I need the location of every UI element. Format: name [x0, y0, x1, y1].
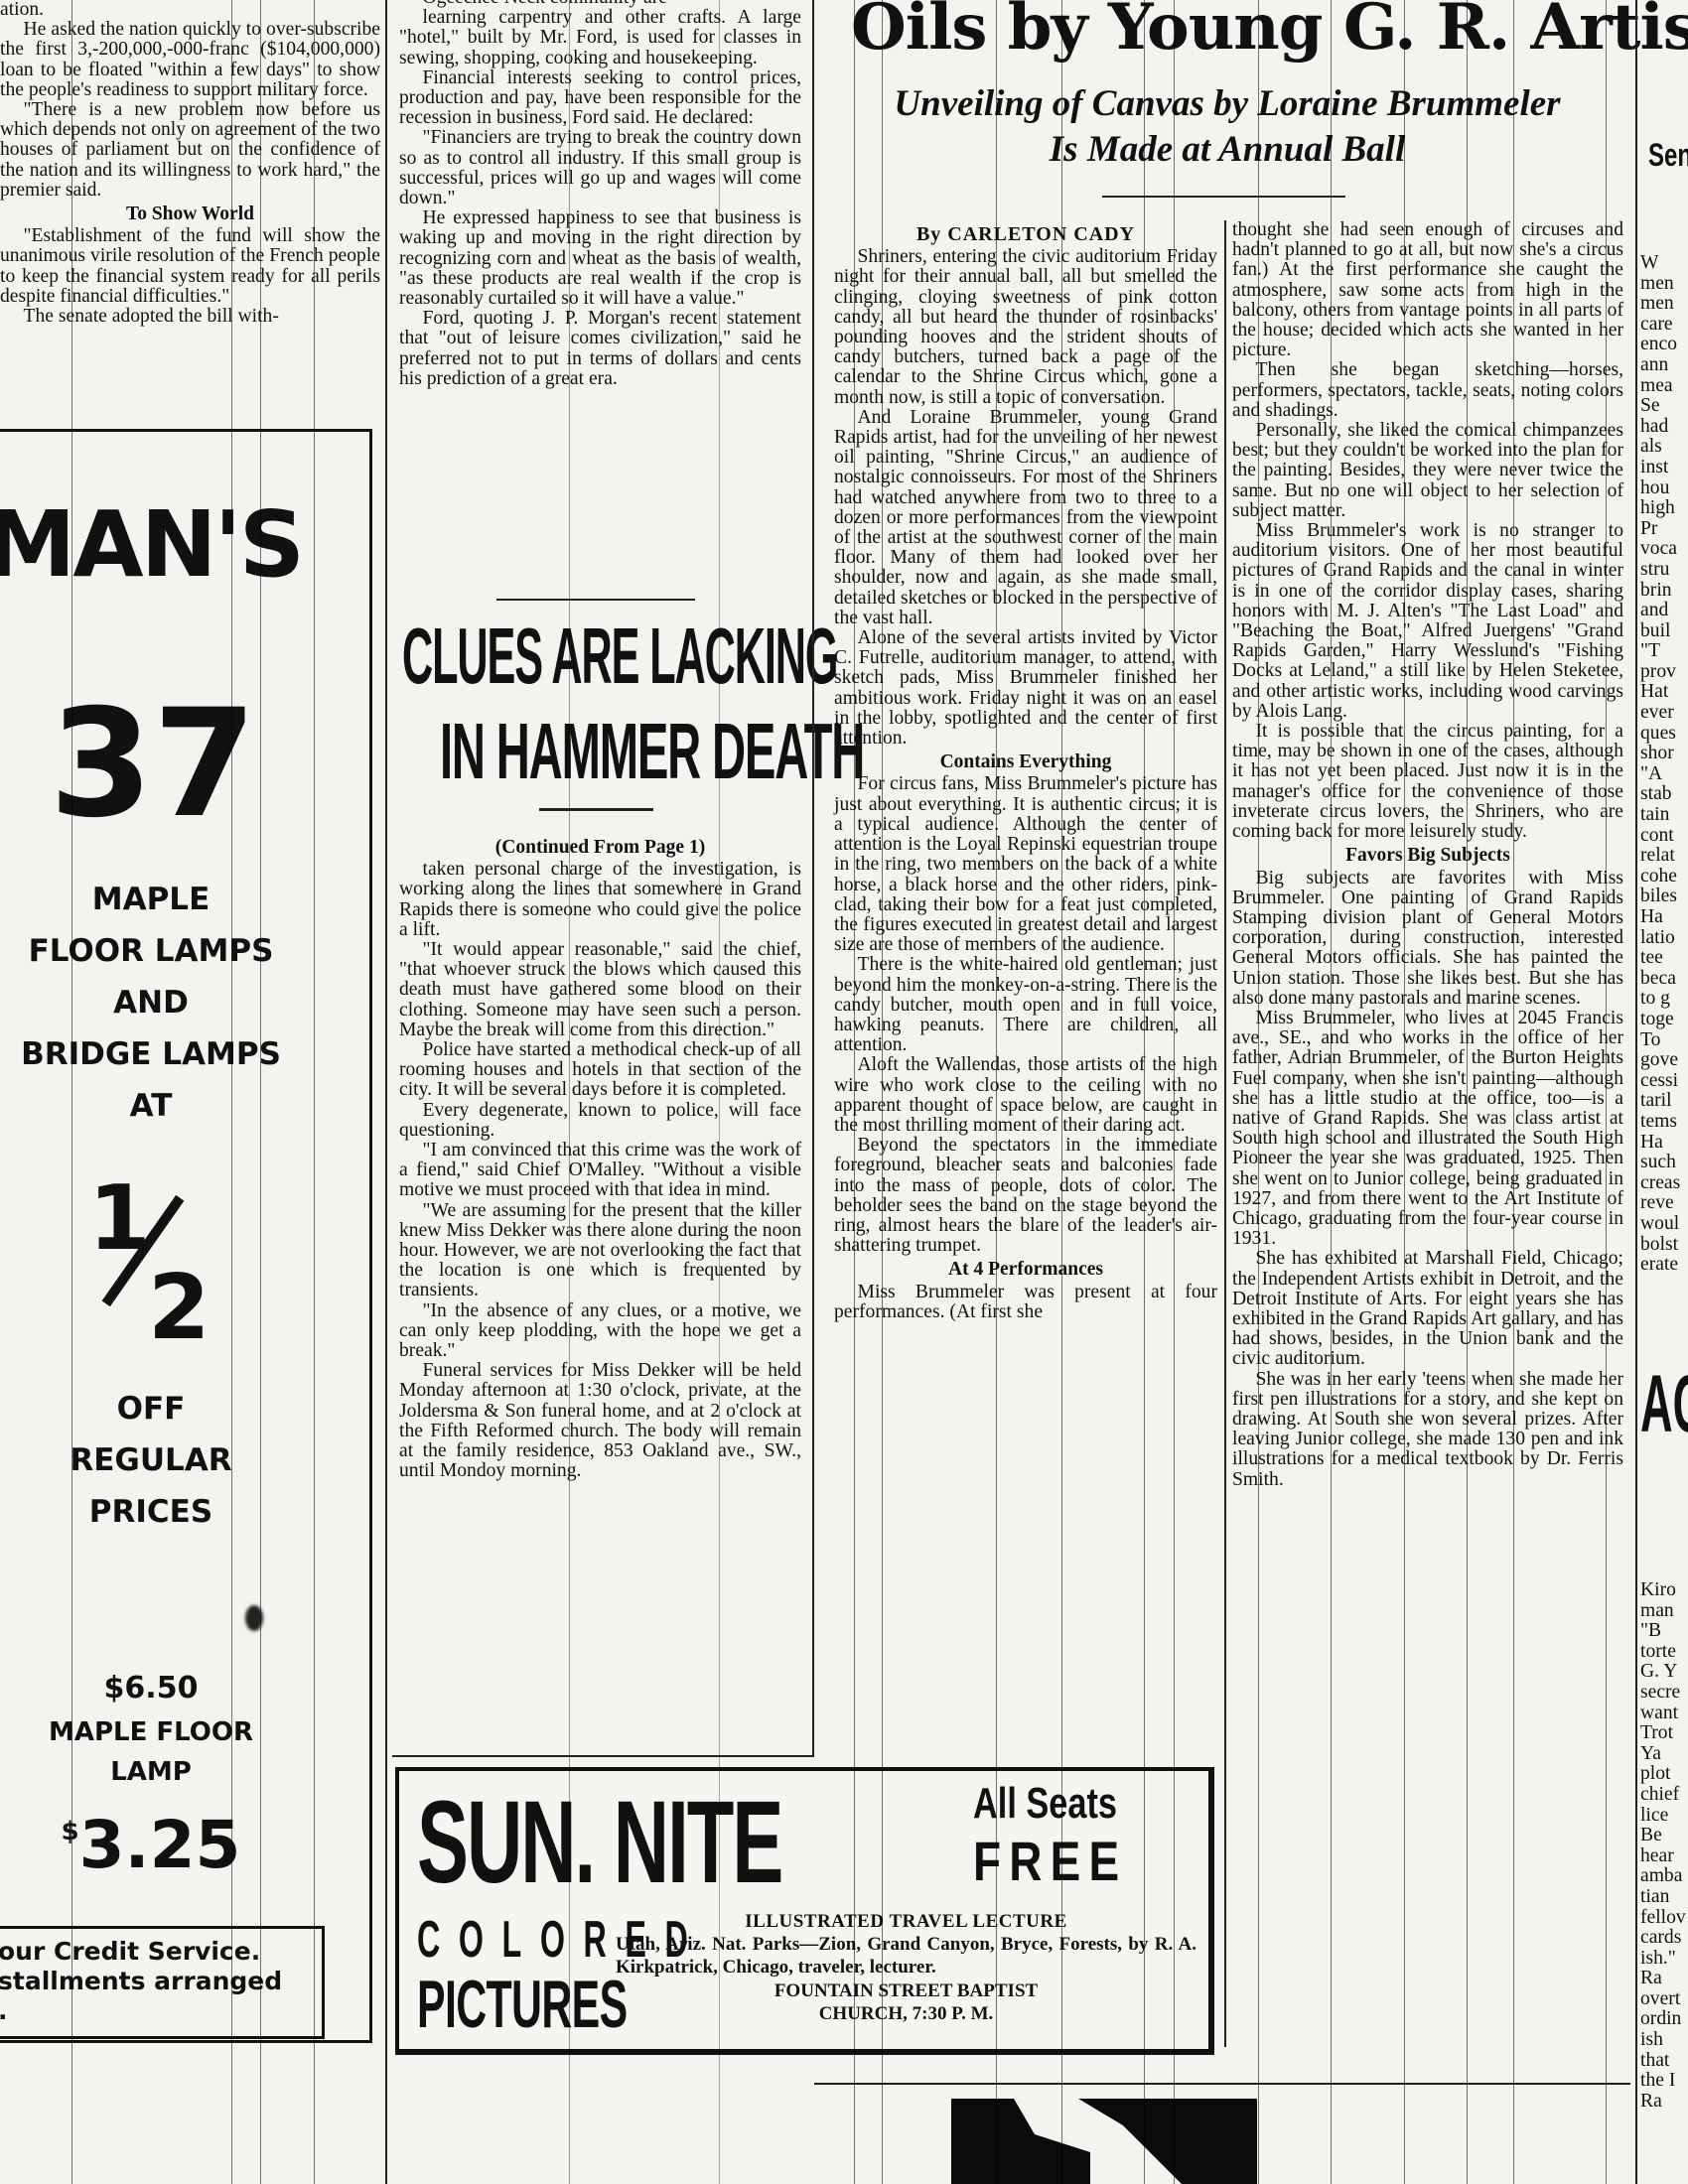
- text-fragment: voca: [1640, 539, 1688, 560]
- section-rule: [1221, 2083, 1630, 2085]
- text-fragment: biles: [1640, 887, 1688, 907]
- paragraph: It is possible that the circus painting,…: [1232, 722, 1623, 842]
- oils-column-b: thought she had seen enough of circuses …: [1232, 220, 1623, 1490]
- column-rule: [1224, 220, 1226, 2047]
- paragraph: Every degenerate, known to police, will …: [399, 1101, 801, 1141]
- text-fragment: tain: [1640, 805, 1688, 826]
- subhead-to-show-world: To Show World: [0, 205, 380, 224]
- text-fragment: ever: [1640, 703, 1688, 724]
- text-fragment: cont: [1640, 826, 1688, 847]
- left-column-text: ation. He asked the nation quickly to ov…: [0, 0, 380, 327]
- paragraph: "Financiers are trying to break the coun…: [399, 128, 801, 208]
- lecture-title: ILLUSTRATED TRAVEL LECTURE: [616, 1910, 1196, 1933]
- text-fragment: hou: [1640, 478, 1688, 499]
- fragment-top: ation.: [0, 0, 380, 20]
- text-fragment: "T: [1640, 641, 1688, 662]
- paragraph: "There is a new problem now before us wh…: [0, 100, 380, 201]
- credit-line: our Credit Service.: [0, 1937, 326, 1967]
- text-fragment: "B: [1640, 1621, 1688, 1642]
- text-fragment: taril: [1640, 1091, 1688, 1112]
- paragraph: "We are assuming for the present that th…: [399, 1201, 801, 1301]
- ad-line: FLOOR LAMPS: [0, 925, 308, 977]
- paragraph: Shriners, entering the civic auditorium …: [834, 247, 1217, 408]
- text-fragment: Trot: [1640, 1723, 1688, 1744]
- paragraph: Miss Brummeler was present at four perfo…: [834, 1283, 1217, 1322]
- paragraph: Personally, she liked the comical chimpa…: [1232, 421, 1623, 521]
- text-fragment: shor: [1640, 744, 1688, 764]
- paragraph: Alone of the several artists invited by …: [834, 628, 1217, 749]
- photo-left: [951, 2099, 1090, 2184]
- text-fragment: overt: [1640, 1989, 1688, 2010]
- text-fragment: creas: [1640, 1173, 1688, 1194]
- paragraph: And Loraine Brummeler, young Grand Rapid…: [834, 408, 1217, 628]
- text-fragment: lice: [1640, 1806, 1688, 1827]
- section-rule: [814, 2083, 1226, 2085]
- text-fragment: men: [1640, 274, 1688, 295]
- text-fragment: men: [1640, 294, 1688, 315]
- column-rule: [812, 0, 814, 1757]
- text-fragment: brin: [1640, 581, 1688, 602]
- text-fragment: buil: [1640, 621, 1688, 642]
- text-fragment: latio: [1640, 928, 1688, 949]
- paragraph: Aloft the Wallendas, those artists of th…: [834, 1055, 1217, 1136]
- text-fragment: plot: [1640, 1764, 1688, 1785]
- text-fragment: Pr: [1640, 519, 1688, 540]
- paragraph: thought she had seen enough of circuses …: [1232, 220, 1623, 360]
- special-old-price: $6.50: [0, 1671, 308, 1706]
- short-rule: [496, 599, 695, 601]
- text-fragment: ques: [1640, 724, 1688, 745]
- lamp-count: 37: [24, 690, 282, 839]
- paragraph: "It would appear reasonable," said the c…: [399, 940, 801, 1040]
- text-fragment: Ha: [1640, 907, 1688, 928]
- text-fragment: amba: [1640, 1866, 1688, 1887]
- oils-headline: Oils by Young G. R. Artist: [851, 0, 1688, 65]
- text-fragment: want: [1640, 1704, 1688, 1724]
- special-price: $3.25: [0, 1797, 308, 1880]
- ad-line: MAPLE FLOOR: [0, 1712, 308, 1752]
- text-fragment: woul: [1640, 1214, 1688, 1235]
- paragraph: Beyond the spectators in the immediate f…: [834, 1136, 1217, 1256]
- text-fragment: such: [1640, 1153, 1688, 1173]
- credit-line: stallments arranged: [0, 1967, 326, 1996]
- right-edge-fragments: WmenmencareencoannmeaSehadalsinsthouhigh…: [1640, 253, 1688, 1276]
- text-fragment: Kiro: [1640, 1580, 1688, 1601]
- ad-line: MAPLE: [0, 874, 308, 925]
- paragraph: Miss Brummeler, who lives at 2045 Franci…: [1232, 1009, 1623, 1249]
- short-rule-2: [539, 808, 653, 811]
- ad-line: AT: [0, 1080, 308, 1132]
- text-fragment: Se: [1640, 396, 1688, 417]
- right-edge-big: AC: [1640, 1358, 1688, 1451]
- venue-line-2: CHURCH, 7:30 P. M.: [616, 2002, 1196, 2025]
- text-fragment: mea: [1640, 376, 1688, 397]
- subhead: Favors Big Subjects: [1232, 846, 1623, 866]
- text-fragment: G. Y: [1640, 1662, 1688, 1683]
- text-fragment: ordin: [1640, 2009, 1688, 2030]
- price-dollar-sign: $: [62, 1817, 79, 1846]
- special-item-lines: MAPLE FLOORLAMP: [0, 1712, 308, 1792]
- hammer-paragraphs: taken personal charge of the investigati…: [399, 860, 801, 1481]
- text-fragment: Ra: [1640, 1969, 1688, 1989]
- store-name: MAN'S: [0, 491, 302, 598]
- paragraph: learning carpentry and other crafts. A l…: [399, 8, 801, 68]
- byline: By CARLETON CADY: [834, 224, 1217, 244]
- paragraph: He expressed happiness to see that busin…: [399, 208, 801, 309]
- ad-line: BRIDGE LAMPS: [0, 1028, 308, 1080]
- lecture-ad: SUN. NITE All Seats FREE COLORED PICTURE…: [395, 1767, 1214, 2055]
- discount-lines: OFFREGULARPRICES: [0, 1383, 308, 1538]
- right-edge-heading: Sen: [1648, 137, 1688, 174]
- text-fragment: reve: [1640, 1193, 1688, 1214]
- text-fragment: bolst: [1640, 1235, 1688, 1256]
- text-fragment: tee: [1640, 948, 1688, 969]
- continued-label: (Continued From Page 1): [399, 838, 801, 858]
- text-fragment: Ya: [1640, 1744, 1688, 1765]
- text-fragment: gove: [1640, 1050, 1688, 1071]
- oils-deck: Unveiling of Canvas by Loraine Brummeler…: [820, 81, 1634, 173]
- pictures-label: PICTURES: [417, 1966, 628, 2043]
- section-rule: [392, 1755, 814, 1757]
- subhead: Contains Everything: [834, 752, 1217, 772]
- all-seats-label: All Seats: [973, 1779, 1117, 1829]
- ford-paragraphs: learning carpentry and other crafts. A l…: [399, 8, 801, 389]
- text-fragment: stru: [1640, 560, 1688, 581]
- subhead: At 4 Performances: [834, 1260, 1217, 1280]
- paragraph: The senate adopted the bill with-: [0, 307, 380, 327]
- text-fragment: hear: [1640, 1846, 1688, 1867]
- text-fragment: prov: [1640, 662, 1688, 683]
- paragraph: Ford, quoting J. P. Morgan's recent stat…: [399, 309, 801, 389]
- text-fragment: cessi: [1640, 1071, 1688, 1092]
- text-fragment: high: [1640, 498, 1688, 519]
- text-fragment: Ra: [1640, 2092, 1688, 2113]
- text-fragment: tian: [1640, 1887, 1688, 1908]
- text-fragment: als: [1640, 437, 1688, 458]
- text-fragment: cohe: [1640, 867, 1688, 887]
- text-fragment: ish.": [1640, 1949, 1688, 1970]
- text-fragment: toge: [1640, 1010, 1688, 1030]
- text-fragment: "A: [1640, 764, 1688, 785]
- lecture-body: Utah, Ariz. Nat. Parks—Zion, Grand Canyo…: [616, 1933, 1196, 1979]
- paragraph: She has exhibited at Marshall Field, Chi…: [1232, 1249, 1623, 1369]
- text-fragment: the I: [1640, 2071, 1688, 2092]
- text-fragment: beca: [1640, 969, 1688, 990]
- column-rule: [385, 0, 387, 2184]
- lecture-details: ILLUSTRATED TRAVEL LECTURE Utah, Ariz. N…: [616, 1910, 1196, 2025]
- paragraph: "In the absence of any clues, or a motiv…: [399, 1301, 801, 1362]
- credit-line: .: [0, 1996, 326, 2026]
- right-edge-fragments-2: Kiroman"BtorteG. YsecrewantTrotYaplotchi…: [1640, 1580, 1688, 2112]
- text-fragment: To: [1640, 1030, 1688, 1051]
- text-fragment: cards: [1640, 1928, 1688, 1949]
- text-fragment: Ha: [1640, 1133, 1688, 1154]
- text-fragment: to g: [1640, 989, 1688, 1010]
- deck-line-2: Is Made at Annual Ball: [820, 127, 1634, 173]
- text-fragment: and: [1640, 601, 1688, 621]
- text-fragment: relat: [1640, 846, 1688, 867]
- hammer-article-body: (Continued From Page 1) taken personal c…: [399, 834, 801, 1482]
- paragraph: Miss Brummeler's work is no stranger to …: [1232, 521, 1623, 722]
- ad-line: PRICES: [0, 1486, 308, 1538]
- paragraph: He asked the nation quickly to over-subs…: [0, 20, 380, 100]
- lamp-item-lines: MAPLEFLOOR LAMPSANDBRIDGE LAMPSAT: [0, 874, 308, 1132]
- text-fragment: had: [1640, 417, 1688, 438]
- text-fragment: Be: [1640, 1826, 1688, 1846]
- photo-right: [1078, 2099, 1257, 2184]
- paragraph: There is the white-haired old gentleman;…: [834, 955, 1217, 1055]
- left-paragraphs: He asked the nation quickly to over-subs…: [0, 20, 380, 201]
- column-rule: [1635, 0, 1637, 2184]
- paragraph: Financial interests seeking to control p…: [399, 68, 801, 129]
- ad-line: REGULAR: [0, 1434, 308, 1486]
- left-paragraphs-2: "Establishment of the fund will show the…: [0, 226, 380, 327]
- paragraph: "I am convinced that this crime was the …: [399, 1141, 801, 1201]
- ad-line: LAMP: [0, 1752, 308, 1792]
- paragraph: Big subjects are favorites with Miss Bru…: [1232, 869, 1623, 1009]
- text-fragment: torte: [1640, 1642, 1688, 1663]
- text-fragment: care: [1640, 315, 1688, 336]
- text-fragment: secre: [1640, 1683, 1688, 1704]
- text-fragment: erate: [1640, 1255, 1688, 1276]
- text-fragment: enco: [1640, 335, 1688, 355]
- credit-lines: our Credit Service.stallments arranged.: [0, 1937, 326, 2026]
- half-price: 1 2 1/2: [49, 1166, 247, 1365]
- credit-box: our Credit Service.stallments arranged.: [0, 1926, 325, 2039]
- paragraph: Funeral services for Miss Dekker will be…: [399, 1361, 801, 1481]
- text-fragment: chief: [1640, 1785, 1688, 1806]
- paragraph: "Establishment of the fund will show the…: [0, 226, 380, 307]
- venue-line-1: FOUNTAIN STREET BAPTIST: [616, 1979, 1196, 2002]
- middle-column-text: Ogeechee Neck community are learning car…: [399, 0, 801, 389]
- headline-line1: CLUES ARE LACKING: [402, 611, 837, 702]
- text-fragment: ann: [1640, 355, 1688, 376]
- text-fragment: Hat: [1640, 682, 1688, 703]
- hammer-headline: CLUES ARE LACKING IN HAMMER DEATH: [402, 611, 809, 789]
- ad-line: OFF: [0, 1383, 308, 1434]
- headline-rule: [1102, 196, 1345, 198]
- text-fragment: inst: [1640, 458, 1688, 478]
- paragraph: Then she began sketching—horses, perform…: [1232, 360, 1623, 421]
- paragraph: She was in her early 'teens when she mad…: [1232, 1370, 1623, 1490]
- text-fragment: stab: [1640, 784, 1688, 805]
- text-fragment: tems: [1640, 1112, 1688, 1133]
- paragraph: taken personal charge of the investigati…: [399, 860, 801, 940]
- oils-col-b-paragraphs: thought she had seen enough of circuses …: [1232, 220, 1623, 1490]
- text-fragment: man: [1640, 1601, 1688, 1622]
- sun-nite-headline: SUN. NITE: [417, 1775, 781, 1910]
- text-fragment: that: [1640, 2051, 1688, 2072]
- oils-col-a-paragraphs: Shriners, entering the civic auditorium …: [834, 247, 1217, 1322]
- paragraph: Police have started a methodical check-u…: [399, 1040, 801, 1101]
- text-fragment: fellov: [1640, 1908, 1688, 1929]
- oils-column-a: By CARLETON CADY Shriners, entering the …: [834, 220, 1217, 1322]
- ad-line: AND: [0, 977, 308, 1028]
- headline-line2: IN HAMMER DEATH: [440, 706, 864, 797]
- text-fragment: ish: [1640, 2030, 1688, 2051]
- lamp-ad: MAN'S 37 MAPLEFLOOR LAMPSANDBRIDGE LAMPS…: [0, 429, 372, 2043]
- paragraph: For circus fans, Miss Brummeler's pictur…: [834, 774, 1217, 955]
- text-fragment: W: [1640, 253, 1688, 274]
- deck-line-1: Unveiling of Canvas by Loraine Brummeler: [820, 81, 1634, 127]
